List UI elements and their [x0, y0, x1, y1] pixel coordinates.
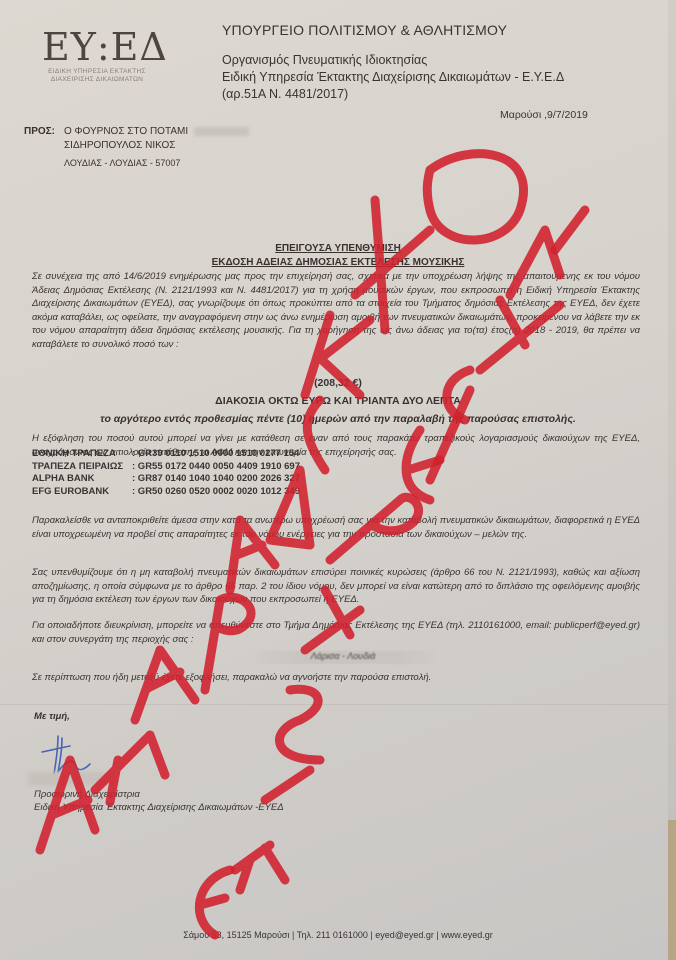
recipient-name: ΣΙΔΗΡΟΠΟΥΛΟΣ ΝΙΚΟΣ — [64, 139, 249, 153]
subject-line2: ΕΚΔΟΣΗ ΑΔΕΙΑΣ ΔΗΜΟΣΙΑΣ ΕΚΤΕΛΕΣΗΣ ΜΟΥΣΙΚΗ… — [0, 256, 676, 270]
bank-name: ALPHA BANK — [32, 473, 132, 486]
recipient-block: ΠΡΟΣ: Ο ΦΟΥΡΝΟΣ ΣΤΟ ΠΟΤΑΜΙ ΣΙΔΗΡΟΠΟΥΛΟΣ … — [24, 125, 249, 170]
footer-contact: Σάμου 53, 15125 Μαρούσι | Τηλ. 211 01610… — [0, 930, 676, 940]
bank-row: ALPHA BANK: GR87 0140 1040 1040 0200 202… — [32, 473, 300, 486]
area-representative-redacted: Λάρισα - Λουδιά — [248, 651, 438, 664]
bank-name: ΤΡΑΠΕΖΑ ΠΕΙΡΑΙΩΣ — [32, 461, 132, 474]
recipient-address: ΛΟΥΔΙΑΣ - ΛΟΥΔΙΑΣ - 57007 — [64, 156, 249, 170]
bank-iban: : GR87 0140 1040 1040 0200 2026 327 — [132, 473, 300, 486]
amount-words: ΔΙΑΚΟΣΙΑ ΟΚΤΩ ΕΥΡΩ ΚΑΙ ΤΡΙΑΝΤΑ ΔΥΟ ΛΕΠΤΑ — [0, 395, 676, 407]
bank-iban: : GR39 0110 1510 0000 1510 0277 154 — [132, 448, 299, 461]
logo-subtitle-line1: ΕΙΔΙΚΗ ΥΠΗΡΕΣΙΑ ΕΚΤΑΚΤΗΣ — [42, 68, 152, 76]
signer-organization: Ειδική Υπηρεσία Έκτακτης Διαχείρισης Δικ… — [34, 801, 284, 814]
logo-subtitle-line2: ΔΙΑΧΕΙΡΙΣΗΣ ΔΙΚΑΙΩΜΑΤΩΝ — [42, 76, 152, 84]
amount-number: (208,32 €) — [0, 377, 676, 389]
bank-accounts: ΕΘΝΙΚΗ ΤΡΑΠΕΖΑ: GR39 0110 1510 0000 1510… — [32, 448, 300, 498]
redacted-text — [194, 127, 249, 136]
bank-name: EFG EUROBANK — [32, 486, 132, 499]
eyed-logo: ΕΥ:ΕΔ ΕΙΔΙΚΗ ΥΠΗΡΕΣΙΑ ΕΚΤΑΚΤΗΣ ΔΙΑΧΕΙΡΙΣ… — [42, 28, 152, 84]
bank-iban: : GR55 0172 0440 0050 4409 1910 697 — [132, 461, 300, 474]
subject-line1: ΕΠΕΙΓΟΥΣΑ ΥΠΕΝΘΥΜΙΣΗ — [0, 242, 676, 256]
bank-row: ΕΘΝΙΚΗ ΤΡΑΠΕΖΑ: GR39 0110 1510 0000 1510… — [32, 448, 300, 461]
paragraph-contact: Για οποιαδήποτε διευκρίνιση, μπορείτε να… — [32, 619, 640, 646]
closing: Με τιμή, — [34, 711, 70, 722]
bank-name: ΕΘΝΙΚΗ ΤΡΑΠΕΖΑ — [32, 448, 132, 461]
org-line2: Ειδική Υπηρεσία Έκτακτης Διαχείρισης Δικ… — [222, 69, 564, 86]
subject-heading: ΕΠΕΙΓΟΥΣΑ ΥΠΕΝΘΥΜΙΣΗ ΕΚΔΟΣΗ ΑΔΕΙΑΣ ΔΗΜΟΣ… — [0, 242, 676, 270]
letterhead: ΥΠΟΥΡΓΕΙΟ ΠΟΛΙΤΙΣΜΟΥ & ΑΘΛΗΤΙΣΜΟΥ Οργανι… — [222, 22, 564, 103]
recipient-business: Ο ΦΟΥΡΝΟΣ ΣΤΟ ΠΟΤΑΜΙ — [64, 126, 188, 137]
paragraph-ignore: Σε περίπτωση που ήδη μεταξύ έχετε εξοφλή… — [32, 671, 640, 685]
paper-fold — [0, 704, 668, 705]
signer-block: Προσωρινή Διαχειρίστρια Ειδική Υπηρεσία … — [34, 788, 284, 814]
logo-subtitle: ΕΙΔΙΚΗ ΥΠΗΡΕΣΙΑ ΕΚΤΑΚΤΗΣ ΔΙΑΧΕΙΡΙΣΗΣ ΔΙΚ… — [42, 68, 152, 84]
bank-row: EFG EUROBANK: GR50 0260 0520 0002 0020 1… — [32, 486, 300, 499]
paragraph-intro: Σε συνέχεια της από 14/6/2019 ενημέρωσης… — [32, 270, 640, 351]
letter-date: Μαρούσι ,9/7/2019 — [500, 109, 588, 121]
redacted-name — [28, 772, 114, 786]
recipient-label: ΠΡΟΣ: — [24, 125, 55, 139]
paragraph-warning: Παρακαλείσθε να ανταποκριθείτε άμεσα στη… — [32, 514, 640, 541]
payment-deadline: το αργότερο εντός προθεσμίας πέντε (10) … — [0, 413, 676, 425]
org-line3: (αρ.51Α Ν. 4481/2017) — [222, 86, 564, 103]
org-line1: Οργανισμός Πνευματικής Ιδιοκτησίας — [222, 52, 564, 69]
ministry-name: ΥΠΟΥΡΓΕΙΟ ΠΟΛΙΤΙΣΜΟΥ & ΑΘΛΗΤΙΣΜΟΥ — [222, 22, 564, 38]
bank-row: ΤΡΑΠΕΖΑ ΠΕΙΡΑΙΩΣ: GR55 0172 0440 0050 44… — [32, 461, 300, 474]
organization-name: Οργανισμός Πνευματικής Ιδιοκτησίας Ειδικ… — [222, 52, 564, 103]
signer-title: Προσωρινή Διαχειρίστρια — [34, 788, 284, 801]
logo-mark: ΕΥ:ΕΔ — [42, 28, 152, 66]
paragraph-penalties: Σας υπενθυμίζουμε ότι η μη καταβολή πνευ… — [32, 566, 640, 607]
amount-due: (208,32 €) ΔΙΑΚΟΣΙΑ ΟΚΤΩ ΕΥΡΩ ΚΑΙ ΤΡΙΑΝΤ… — [0, 377, 676, 425]
bank-iban: : GR50 0260 0520 0002 0020 1012 349 — [132, 486, 300, 499]
